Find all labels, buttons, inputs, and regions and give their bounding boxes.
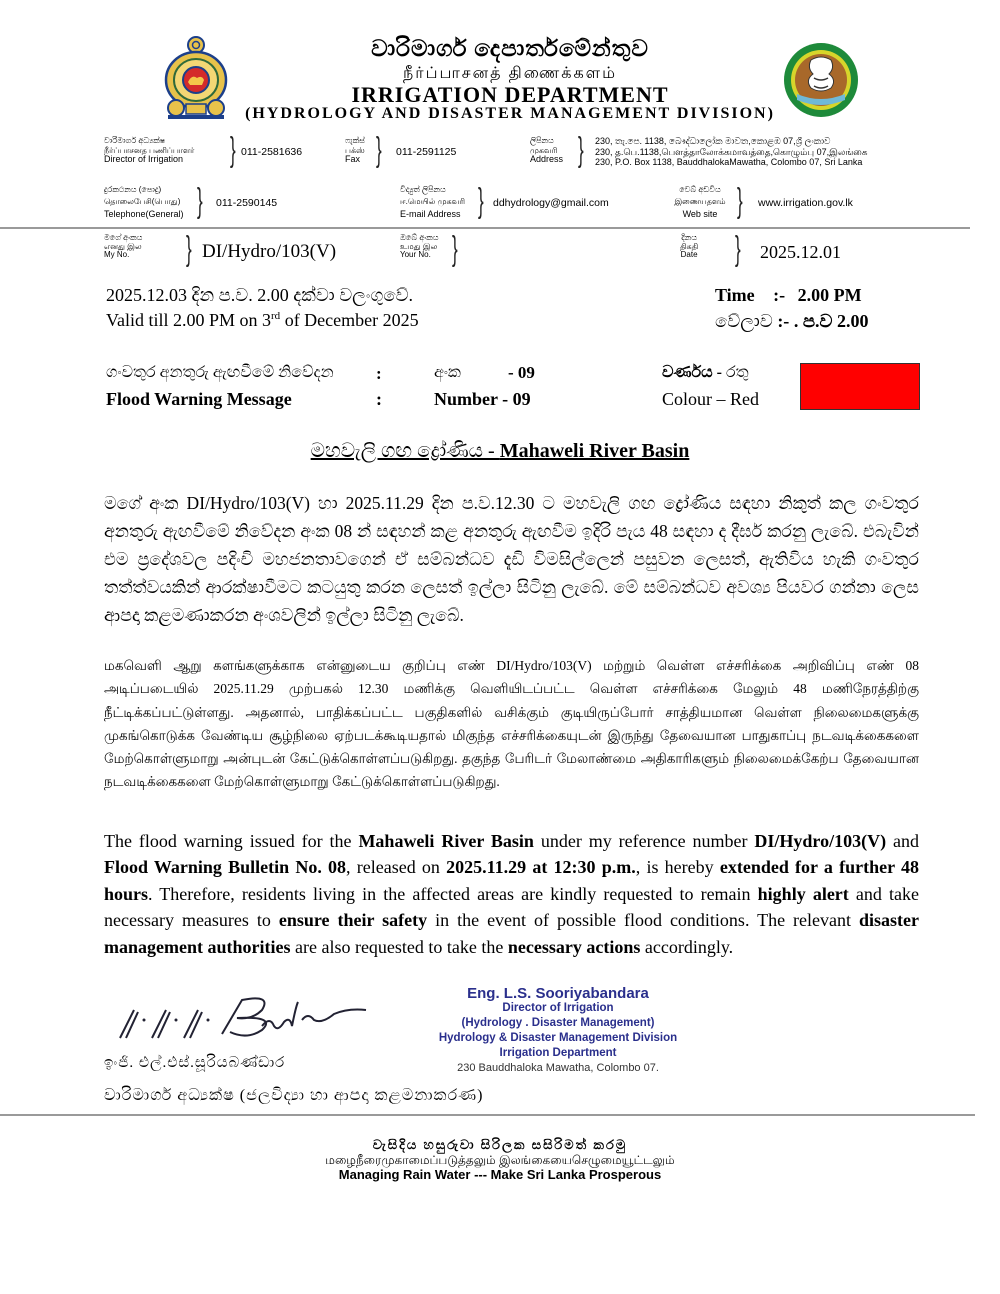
- colour-value-si: රතු: [726, 364, 749, 381]
- email-label-ta: ஈ.மெயில் முகவரி: [400, 196, 465, 208]
- email-label-en: E-mail Address: [400, 208, 465, 220]
- telephone-label-en: Telephone(General): [104, 208, 184, 220]
- brace-icon: }: [376, 133, 382, 167]
- brace-icon: }: [230, 133, 236, 167]
- number-value-sinhala: - 09: [508, 363, 535, 383]
- brace-icon: }: [186, 232, 192, 266]
- director-label-si: වාරිමාර්ග අධ්‍යක්ෂ: [104, 136, 194, 146]
- brace-icon: }: [735, 232, 741, 266]
- time-sinhala: වේලාව :- . ප.ව 2.00: [715, 311, 868, 332]
- body-text: and: [886, 831, 919, 851]
- body-text: under my reference number: [534, 831, 754, 851]
- stamp-line2: (Hydrology . Disaster Management): [428, 1016, 688, 1031]
- notice-paragraph-english: The flood warning issued for the Mahawel…: [104, 828, 919, 960]
- warning-colon: :: [376, 389, 382, 410]
- emphasis-text: Flood Warning Bulletin No. 08: [104, 857, 346, 877]
- stamp-line3: Hydrology & Disaster Management Division: [428, 1031, 688, 1046]
- website-label-si: වෙබ් අඩවිය: [670, 184, 730, 196]
- time-sep: :-: [773, 285, 785, 305]
- body-text: are also requested to take the: [290, 937, 507, 957]
- time-sep-si: :-: [777, 311, 789, 331]
- website-label-ta: இணையதளம்: [670, 196, 730, 208]
- address-label-si: ලිපිනය: [530, 136, 563, 146]
- signatory-name-sinhala: ඉංජි. එල්.එස්.සූරියබණ්ඩාර: [104, 1054, 285, 1072]
- footer-divider: [0, 1114, 975, 1116]
- basin-title-si: මහවැලි ගඟ ද්‍රෝණිය -: [311, 440, 500, 462]
- body-text: accordingly.: [640, 937, 733, 957]
- director-phone: 011-2581636: [241, 146, 302, 158]
- time-value-en: 2.00 PM: [798, 285, 862, 305]
- footer-motto-english: Managing Rain Water --- Make Sri Lanka P…: [250, 1167, 750, 1182]
- department-title-tamil: நீர்ப்பாசனத் திணைக்களம்: [260, 64, 760, 84]
- body-text: The flood warning issued for the: [104, 831, 358, 851]
- colour-sinhala: වර්ණය - රතු: [662, 364, 749, 382]
- website-url[interactable]: www.irrigation.gov.lk: [758, 197, 853, 209]
- body-text: in the event of possible flood condition…: [427, 910, 859, 930]
- brace-icon: }: [578, 133, 584, 167]
- time-english: Time :- 2.00 PM: [715, 285, 862, 306]
- time-value-si: . ප.ව 2.00: [794, 311, 869, 331]
- notice-paragraph-tamil: மகவெளி ஆறு களங்களுக்காக என்னுடைய குறிப்ப…: [104, 654, 919, 794]
- body-text: . Therefore, residents living in the aff…: [148, 884, 758, 904]
- validity-sinhala: 2025.12.03 දින ප.ව. 2.00 දක්වා වලංගුවේ.: [106, 285, 413, 306]
- director-label: වාරිමාර්ග අධ්‍යක්ෂ நீர்ப்பாசனத பணிப்பாளர…: [104, 136, 194, 165]
- address-label: ලිපිනය முகவரி Address: [530, 136, 563, 165]
- warning-colon: :: [376, 364, 382, 384]
- fax-number: 011-2591125: [396, 146, 456, 158]
- brace-icon: }: [197, 184, 203, 218]
- colour-label-si: වර්ණය -: [662, 364, 726, 381]
- telephone-label-si: දුරකථනය (පොදු): [104, 184, 184, 196]
- footer-motto-sinhala: වැසිදිය හසුරුවා සිරිලක සසිරිමත් කරමු: [300, 1137, 700, 1153]
- time-label-en: Time: [715, 285, 755, 305]
- stamp-line4: Irrigation Department: [428, 1046, 688, 1061]
- warning-label-sinhala: ගංවතුර අනතුරු ඇඟවීමේ නිවේදන: [106, 364, 334, 382]
- emphasis-text: ensure their safety: [279, 910, 427, 930]
- number-label-sinhala: අංක: [434, 364, 461, 382]
- time-label-si: වේලාව: [715, 311, 773, 331]
- warning-colour-swatch: [800, 363, 920, 410]
- emphasis-text: necessary actions: [508, 937, 640, 957]
- your-no-label-en: Your No.: [400, 251, 439, 260]
- website-label: වෙබ් අඩවිය இணையதளம் Web site: [670, 184, 730, 220]
- validity-en-suffix: of December 2025: [280, 310, 418, 330]
- website-label-en: Web site: [670, 208, 730, 220]
- emphasis-text: Mahaweli River Basin: [358, 831, 534, 851]
- validity-en-prefix: Valid till 2.00 PM on 3: [106, 310, 271, 330]
- telephone-label: දුරකථනය (පොදු) தொலைபேசி(பொது) Telephone(…: [104, 184, 184, 220]
- letter-date: 2025.12.01: [760, 242, 841, 263]
- fax-label-si: ෆැක්ස්: [345, 136, 365, 146]
- warning-number-english: Number - 09: [434, 389, 531, 410]
- department-title-sinhala: වාරිමාර්ග දෙපාර්තමේන්තුව: [260, 36, 760, 62]
- validity-english: Valid till 2.00 PM on 3rd of December 20…: [106, 310, 419, 331]
- colour-english: Colour – Red: [662, 389, 759, 410]
- my-no-label-en: My No.: [104, 251, 142, 260]
- notice-paragraph-sinhala: මගේ අංක DI/Hydro/103(V) හා 2025.11.29 දි…: [104, 489, 919, 629]
- email-address[interactable]: ddhydrology@gmail.com: [493, 197, 609, 209]
- my-reference-number: DI/Hydro/103(V): [202, 241, 336, 263]
- stamp-line5: 230 Bauddhaloka Mawatha, Colombo 07.: [428, 1061, 688, 1076]
- basin-title-en: Mahaweli River Basin: [500, 440, 690, 462]
- address-line-si: 230, තැ.පෙ. 1138, බෞද්ධාලෝක මාවත,කොළඹ 07…: [595, 136, 867, 147]
- body-text: , released on: [346, 857, 446, 877]
- address-lines: 230, තැ.පෙ. 1138, බෞද්ධාලෝක මාවත,කොළඹ 07…: [595, 136, 867, 168]
- my-no-label: මගේ අංකය எனது இல My No.: [104, 234, 142, 260]
- stamp-line1: Director of Irrigation: [428, 1001, 688, 1016]
- fax-label-en: Fax: [345, 155, 365, 165]
- irrigation-department-logo-icon: [783, 42, 859, 118]
- telephone-number: 011-2590145: [216, 197, 277, 209]
- body-text: , is hereby: [636, 857, 720, 877]
- brace-icon: }: [452, 232, 458, 266]
- signatory-title-sinhala: වාරිමාර්ග අධ්‍යක්ෂ (ජලවිද්‍යා හා ආපදා කළ…: [104, 1087, 483, 1105]
- address-line-en: 230, P.O. Box 1138, BauddhalokaMawatha, …: [595, 157, 867, 168]
- emphasis-text: highly alert: [758, 884, 849, 904]
- basin-title: මහවැලි ගඟ ද්‍රෝණිය - Mahaweli River Basi…: [0, 440, 1000, 463]
- date-label-en: Date: [680, 251, 698, 260]
- header-divider: [0, 227, 970, 229]
- telephone-label-ta: தொலைபேசி(பொது): [104, 196, 184, 208]
- date-label: දිනය திகதி Date: [680, 234, 698, 260]
- division-title: (HYDROLOGY AND DISASTER MANAGEMENT DIVIS…: [220, 105, 800, 123]
- email-label-si: විද්‍යුත් ලිපිනය: [400, 184, 465, 196]
- director-label-en: Director of Irrigation: [104, 155, 194, 165]
- address-label-en: Address: [530, 155, 563, 165]
- emphasis-text: DI/Hydro/103(V): [754, 831, 886, 851]
- brace-icon: }: [737, 184, 743, 218]
- validity-en-sup: rd: [271, 310, 280, 322]
- official-stamp: Eng. L.S. Sooriyabandara Director of Irr…: [428, 986, 688, 1076]
- email-label: විද්‍යුත් ලිපිනය ஈ.மெயில் முகவரி E-mail …: [400, 184, 465, 220]
- your-no-label: ඔබේ අංකය உமது இல Your No.: [400, 234, 439, 260]
- fax-label: ෆැක්ස් பக்ஸ் Fax: [345, 136, 365, 165]
- warning-label-english: Flood Warning Message: [106, 389, 292, 410]
- emphasis-text: 2025.11.29 at 12:30 p.m.: [446, 857, 636, 877]
- handwritten-signature-icon: [112, 990, 372, 1046]
- address-line-ta: 230, த.பெ.1138,பௌத்தாலோக்கமாவத்தை,கொழும்…: [595, 147, 867, 158]
- brace-icon: }: [478, 184, 484, 218]
- stamp-name: Eng. L.S. Sooriyabandara: [428, 986, 688, 1001]
